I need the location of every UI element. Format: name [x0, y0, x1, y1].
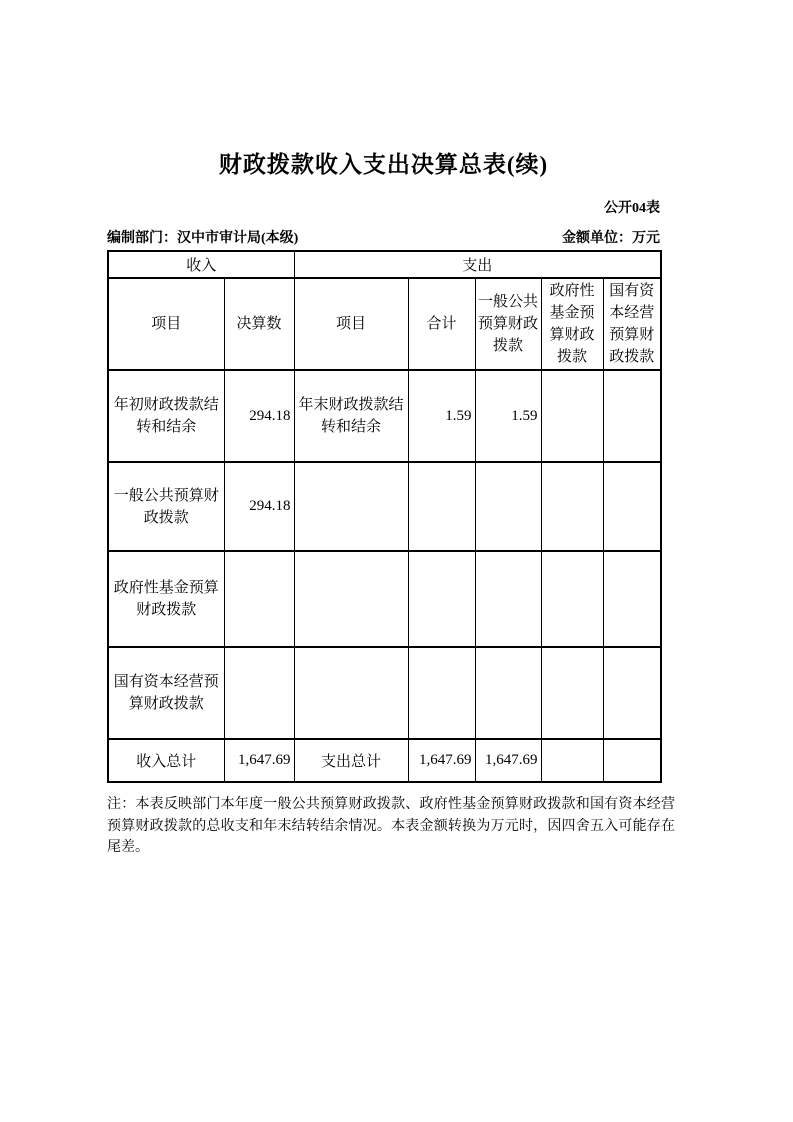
exp-general-budget-cell	[475, 462, 541, 551]
exp-gov-fund-total-amount	[541, 739, 603, 782]
section-header-row: 收入 支出	[108, 251, 661, 278]
exp-gov-fund-cell	[541, 647, 603, 739]
col-header-exp-total: 合计	[408, 278, 475, 370]
exp-gov-fund-cell	[541, 551, 603, 647]
exp-state-capital-cell	[603, 462, 661, 551]
exp-state-capital-total-amount	[603, 739, 661, 782]
income-item-cell: 政府性基金预算财政拨款	[108, 551, 224, 647]
exp-general-total-amount: 1,647.69	[475, 739, 541, 782]
income-section-header: 收入	[108, 251, 294, 278]
exp-state-capital-cell	[603, 370, 661, 462]
income-amount-cell	[224, 647, 294, 739]
fiscal-appropriation-table: 收入 支出 项目 决算数 项目 合计 一般公共预算财政拨款 政府性基金预算财政拨…	[107, 250, 662, 783]
income-item-cell: 一般公共预算财政拨款	[108, 462, 224, 551]
col-header-income-item: 项目	[108, 278, 224, 370]
exp-item-cell: 年末财政拨款结转和结余	[294, 370, 408, 462]
table-row: 一般公共预算财政拨款 294.18	[108, 462, 661, 551]
income-item-cell: 国有资本经营预算财政拨款	[108, 647, 224, 739]
exp-total-amount: 1,647.69	[408, 739, 475, 782]
col-header-exp-item: 项目	[294, 278, 408, 370]
exp-total-label: 支出总计	[294, 739, 408, 782]
exp-item-cell	[294, 551, 408, 647]
total-row: 收入总计 1,647.69 支出总计 1,647.69 1,647.69	[108, 739, 661, 782]
unit-label: 金额单位：万元	[562, 229, 660, 248]
exp-item-cell	[294, 647, 408, 739]
column-header-row: 项目 决算数 项目 合计 一般公共预算财政拨款 政府性基金预算财政拨款 国有资本…	[108, 278, 661, 370]
table-row: 国有资本经营预算财政拨款	[108, 647, 661, 739]
income-amount-cell: 294.18	[224, 462, 294, 551]
exp-general-budget-cell	[475, 647, 541, 739]
meta-row: 编制部门：汉中市审计局(本级) 金额单位：万元	[107, 229, 660, 248]
income-item-cell: 年初财政拨款结转和结余	[108, 370, 224, 462]
exp-total-cell	[408, 647, 475, 739]
exp-item-cell	[294, 462, 408, 551]
prepared-by-label: 编制部门：汉中市审计局(本级)	[107, 229, 298, 248]
exp-state-capital-cell	[603, 647, 661, 739]
exp-gov-fund-cell	[541, 462, 603, 551]
income-amount-cell	[224, 551, 294, 647]
col-header-exp-gov-fund: 政府性基金预算财政拨款	[541, 278, 603, 370]
col-header-income-amount: 决算数	[224, 278, 294, 370]
col-header-exp-general-budget: 一般公共预算财政拨款	[475, 278, 541, 370]
exp-state-capital-cell	[603, 551, 661, 647]
exp-general-budget-cell	[475, 551, 541, 647]
page-title: 财政拨款收入支出决算总表(续)	[107, 150, 660, 180]
document-page: 财政拨款收入支出决算总表(续) 公开04表 编制部门：汉中市审计局(本级) 金额…	[107, 150, 660, 859]
exp-total-cell	[408, 551, 475, 647]
note-text: 注：本表反映部门本年度一般公共预算财政拨款、政府性基金预算财政拨款和国有资本经营…	[107, 794, 675, 859]
income-amount-cell: 294.18	[224, 370, 294, 462]
income-total-amount: 1,647.69	[224, 739, 294, 782]
expenditure-section-header: 支出	[294, 251, 661, 278]
table-row: 政府性基金预算财政拨款	[108, 551, 661, 647]
table-row: 年初财政拨款结转和结余 294.18 年末财政拨款结转和结余 1.59 1.59	[108, 370, 661, 462]
income-total-label: 收入总计	[108, 739, 224, 782]
exp-general-budget-cell: 1.59	[475, 370, 541, 462]
exp-gov-fund-cell	[541, 370, 603, 462]
table-code: 公开04表	[107, 199, 660, 218]
col-header-exp-state-capital: 国有资本经营预算财政拨款	[603, 278, 661, 370]
exp-total-cell	[408, 462, 475, 551]
exp-total-cell: 1.59	[408, 370, 475, 462]
